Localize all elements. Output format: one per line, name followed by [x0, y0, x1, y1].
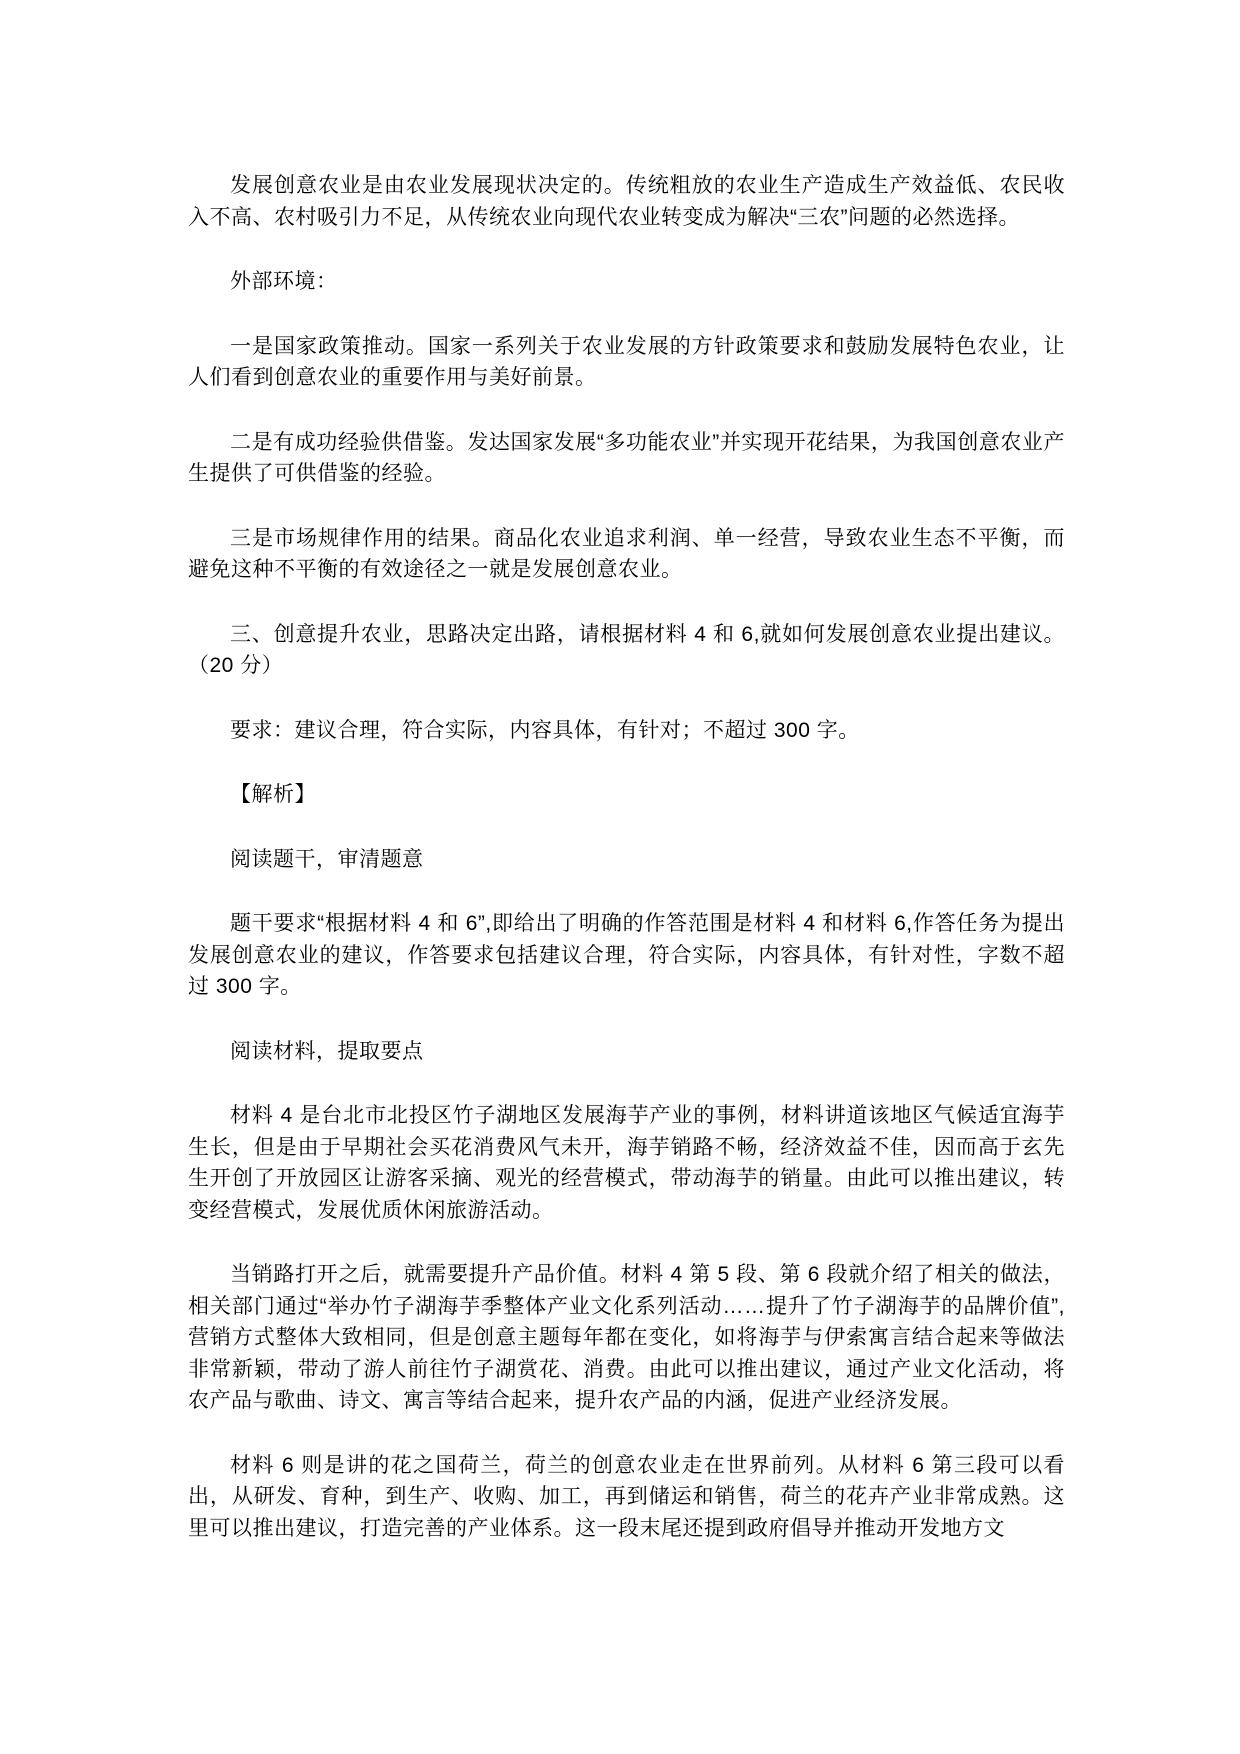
- paragraph-point-three-market: 三是市场规律作用的结果。商品化农业追求利润、单一经营，导致农业生态不平衡，而避免…: [188, 523, 1065, 586]
- paragraph-question-stem-analysis: 题干要求“根据材料 4 和 6”,即给出了明确的作答范围是材料 4 和材料 6,…: [188, 908, 1065, 1003]
- paragraph-product-value-analysis: 当销路打开之后，就需要提升产品价值。材料 4 第 5 段、第 6 段就介绍了相关…: [188, 1259, 1065, 1417]
- paragraph-development-reason: 发展创意农业是由农业发展现状决定的。传统粗放的农业生产造成生产效益低、农民收入不…: [188, 170, 1065, 233]
- paragraph-material-4-analysis: 材料 4 是台北市北投区竹子湖地区发展海芋产业的事例，材料讲道该地区气候适宜海芋…: [188, 1100, 1065, 1226]
- heading-read-material: 阅读材料，提取要点: [188, 1036, 1065, 1068]
- paragraph-point-two-experience: 二是有成功经验供借鉴。发达国家发展“多功能农业”并实现开花结果，为我国创意农业产…: [188, 427, 1065, 490]
- document-text-block: 发展创意农业是由农业发展现状决定的。传统粗放的农业生产造成生产效益低、农民收入不…: [188, 170, 1065, 1544]
- question-three-title: 三、创意提升农业，思路决定出路，请根据材料 4 和 6,就如何发展创意农业提出建…: [188, 619, 1065, 682]
- heading-read-question-stem: 阅读题干，审清题意: [188, 844, 1065, 876]
- heading-analysis: 【解析】: [188, 779, 1065, 811]
- question-requirements: 要求：建议合理，符合实际，内容具体，有针对；不超过 300 字。: [188, 715, 1065, 747]
- paragraph-point-one-policy: 一是国家政策推动。国家一系列关于农业发展的方针政策要求和鼓励发展特色农业，让人们…: [188, 331, 1065, 394]
- document-page: 发展创意农业是由农业发展现状决定的。传统粗放的农业生产造成生产效益低、农民收入不…: [0, 0, 1240, 1754]
- paragraph-material-6-analysis: 材料 6 则是讲的花之国荷兰，荷兰的创意农业走在世界前列。从材料 6 第三段可以…: [188, 1450, 1065, 1545]
- heading-external-environment: 外部环境：: [188, 266, 1065, 298]
